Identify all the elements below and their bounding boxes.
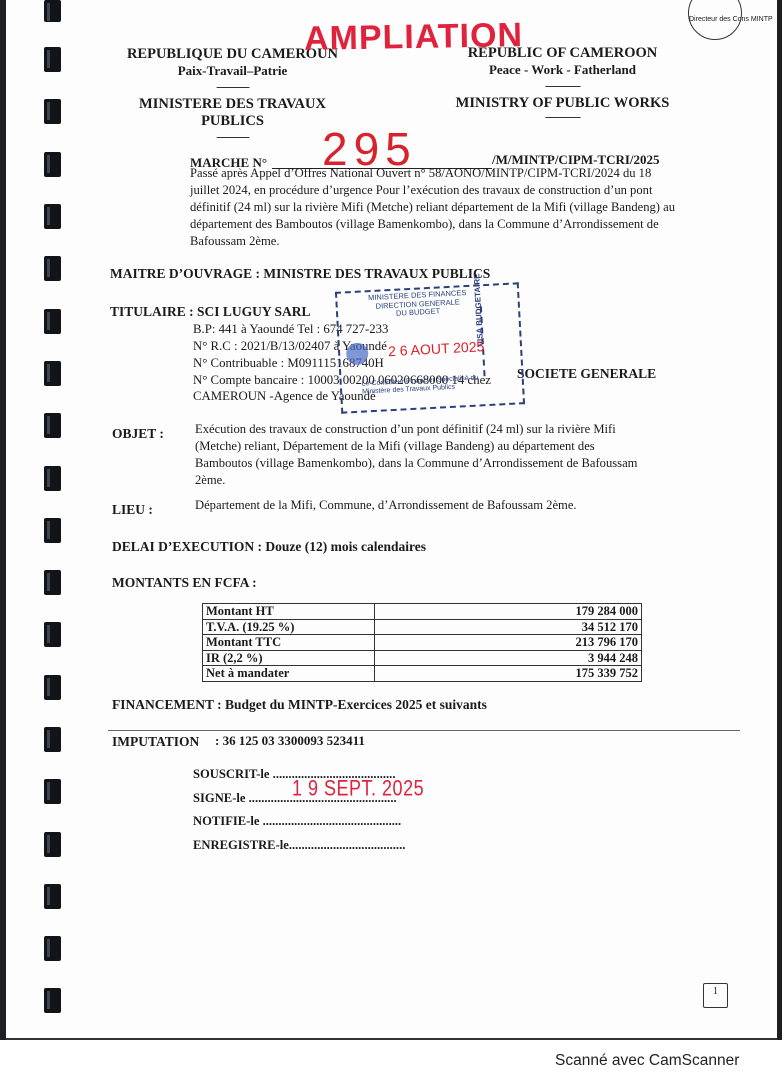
ministry-fr: MINISTERE DES TRAVAUX (125, 96, 340, 113)
page-number: 1 (703, 983, 728, 1008)
table-row: Montant HT179 284 000 (203, 604, 642, 620)
binding-hole-icon (44, 727, 61, 752)
ampliation-stamp: AMPLIATION (304, 16, 524, 59)
titulaire-label: TITULAIRE : SCI LUGUY SARL (110, 304, 311, 320)
binding-hole-icon (44, 466, 61, 491)
header-right: REPUBLIC OF CAMEROON Peace - Work - Fath… (455, 45, 670, 123)
delai-execution: DELAI D’EXECUTION : Douze (12) mois cale… (112, 539, 426, 555)
binding-hole-icon (44, 570, 61, 595)
section-divider (108, 730, 740, 731)
scanner-watermark: Scanné avec CamScanner (555, 1052, 739, 1070)
binding-hole-icon (44, 622, 61, 647)
objet-text: Exécution des travaux de construction d’… (195, 421, 640, 489)
binding-hole-icon (44, 675, 61, 700)
notifie-line: NOTIFIE-le .............................… (193, 814, 401, 829)
motto-en: Peace - Work - Fatherland (455, 62, 670, 78)
imputation-label: IMPUTATION (112, 734, 199, 750)
scan-right-edge (777, 0, 782, 1040)
table-row: IR (2,2 %)3 944 248 (203, 650, 642, 666)
maitre-ouvrage: MAITRE D’OUVRAGE : MINISTRE DES TRAVAUX … (110, 266, 490, 282)
table-row: Net à mandater175 339 752 (203, 666, 642, 682)
binding-hole-icon (44, 884, 61, 909)
binding-hole-icon (44, 779, 61, 804)
binding-hole-icon (44, 99, 61, 124)
imputation-value: : 36 125 03 3300093 523411 (215, 733, 365, 749)
lieu-value: Département de la Mifi, Commune, d’Arron… (195, 497, 577, 514)
binding-hole-icon (44, 152, 61, 177)
binding-hole-icon (44, 832, 61, 857)
objet-label: OBJET : (112, 426, 164, 442)
motto-fr: Paix-Travail–Patrie (125, 63, 340, 79)
binding-hole-icon (44, 0, 61, 22)
binding-hole-icon (44, 518, 61, 543)
binding-hole-icon (44, 413, 61, 438)
ministry-en: MINISTRY OF PUBLIC WORKS (455, 95, 670, 112)
signed-date-stamp: 1 9 SEPT. 2025 (292, 775, 424, 801)
marche-preamble: Passé après Appel d’Offres National Ouve… (190, 165, 675, 250)
header-left: REPUBLIQUE DU CAMEROUN Paix-Travail–Patr… (125, 46, 340, 143)
titulaire-banque: SOCIETE GENERALE (517, 366, 656, 382)
seal-icon (346, 342, 369, 365)
visa-date: 2 6 AOUT 2025 (388, 338, 485, 359)
enregistre-line: ENREGISTRE-le...........................… (193, 838, 405, 853)
binding-hole-icon (44, 256, 61, 281)
binding-hole-icon (44, 988, 61, 1013)
montants-table: Montant HT179 284 000 T.V.A. (19.25 %)34… (202, 603, 642, 682)
binding-hole-icon (44, 47, 61, 72)
montants-title: MONTANTS EN FCFA : (112, 575, 257, 591)
table-row: T.V.A. (19.25 %)34 512 170 (203, 619, 642, 635)
binding-hole-icon (44, 936, 61, 961)
table-row: Montant TTC213 796 170 (203, 635, 642, 651)
lieu-label: LIEU : (112, 502, 153, 518)
visa-budgetaire-stamp: MINISTERE DES FINANCES DIRECTION GENERAL… (335, 282, 525, 413)
financement: FINANCEMENT : Budget du MINTP-Exercices … (112, 697, 487, 713)
binding-hole-icon (44, 309, 61, 334)
binding-hole-icon (44, 361, 61, 386)
binding-hole-icon (44, 204, 61, 229)
